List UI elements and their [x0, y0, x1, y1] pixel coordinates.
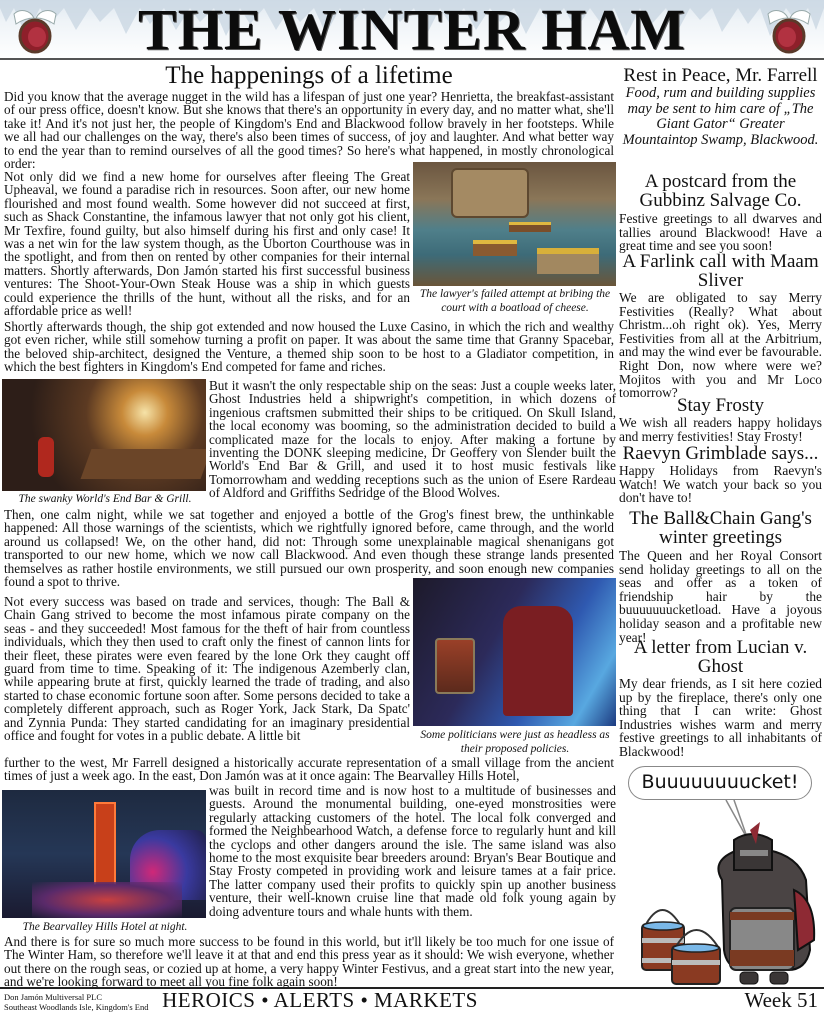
- article-paragraph-west: further to the west, Mr Farrell designed…: [4, 756, 614, 783]
- issue-number: Week 51: [744, 988, 818, 1012]
- masthead: THE WINTER HAM: [0, 0, 824, 60]
- masthead-title: THE WINTER HAM: [0, 2, 824, 58]
- politician-photo-caption: Some politicians were just as headless a…: [412, 728, 618, 756]
- sidebar-heading: Rest in Peace, Mr. Farrell: [619, 66, 822, 85]
- politician-photo: [413, 578, 616, 726]
- bar-photo-caption: The swanky World's End Bar & Grill.: [2, 492, 208, 506]
- article-paragraph-competitions: But it wasn't the only respectable ship …: [209, 379, 616, 500]
- sidebar-heading: Stay Frosty: [619, 396, 822, 415]
- sidebar-body: We are obligated to say Merry Festivitie…: [619, 291, 822, 400]
- sidebar-body: Food, rum and building supplies may be s…: [619, 86, 822, 148]
- hotel-photo: [2, 790, 206, 918]
- sidebar-section-stay-frosty: Stay Frosty We wish all readers happy ho…: [619, 396, 822, 443]
- speech-bubble: Buuuuuuuucket!: [628, 766, 812, 800]
- bar-patron: [38, 437, 54, 477]
- hotel-glow: [32, 882, 182, 918]
- sidebar-heading: A postcard from the Gubbinz Salvage Co.: [619, 172, 822, 210]
- sidebar-body: Happy Holidays from Raevyn's Watch! We w…: [619, 464, 822, 505]
- sidebar-heading: A Farlink call with Maam Sliver: [619, 252, 822, 290]
- cheese-table: [509, 222, 551, 232]
- article-paragraph-pirates: Not every success was based on trade and…: [4, 595, 410, 742]
- sidebar-section-raevyn: Raevyn Grimblade says... Happy Holidays …: [619, 444, 822, 505]
- courthouse-photo-caption: The lawyer's failed attempt at bribing t…: [412, 287, 618, 315]
- sidebar-heading: The Ball&Chain Gang's winter greetings: [619, 509, 822, 547]
- courthouse-photo: [413, 162, 616, 286]
- lawyer-sign: [451, 168, 529, 218]
- article-paragraph-closing: And there is for sure so much more succe…: [4, 935, 614, 989]
- sidebar-body: The Queen and her Royal Consort send hol…: [619, 549, 822, 644]
- headless-coat: [503, 606, 573, 716]
- bar-counter: [81, 449, 206, 479]
- footer-sections: HEROICS • ALERTS • MARKETS: [0, 988, 640, 1012]
- bar-photo: [2, 379, 206, 491]
- sidebar-body: My dear friends, as I sit here cozied up…: [619, 677, 822, 759]
- sidebar-section-gubbinz: A postcard from the Gubbinz Salvage Co. …: [619, 172, 822, 253]
- winged-ham-icon: [760, 6, 818, 54]
- knight-with-buckets-illustration: [630, 800, 820, 986]
- sidebar-section-farlink: A Farlink call with Maam Sliver We are o…: [619, 252, 822, 400]
- article-paragraph-casino: Shortly afterwards though, the ship got …: [4, 320, 614, 374]
- sidebar-body: Festive greetings to all dwarves and tal…: [619, 212, 822, 253]
- article-paragraph-intro: Did you know that the average nugget in …: [4, 90, 614, 170]
- bucket: [435, 638, 475, 694]
- sidebar-section-farrell: Rest in Peace, Mr. Farrell Food, rum and…: [619, 66, 822, 148]
- article-paragraph-hotel: was built in record time and is now host…: [209, 784, 616, 918]
- article-paragraph-upheaval: Not only did we find a new home for ours…: [4, 170, 410, 317]
- sidebar-heading: A letter from Lucian v. Ghost: [619, 638, 822, 676]
- sidebar-section-lucian: A letter from Lucian v. Ghost My dear fr…: [619, 638, 822, 759]
- article-paragraph-collapse: Then, one calm night, while we sat toget…: [4, 508, 614, 588]
- cheese-table: [537, 248, 599, 274]
- sidebar-section-ball-chain: The Ball&Chain Gang's winter greetings T…: [619, 509, 822, 644]
- article-headline: The happenings of a lifetime: [0, 62, 618, 90]
- sidebar-heading: Raevyn Grimblade says...: [619, 444, 822, 463]
- hotel-photo-caption: The Bearvalley Hills Hotel at night.: [2, 920, 208, 934]
- knight-icon: [718, 822, 814, 984]
- cheese-table: [473, 240, 517, 256]
- hotel-tower: [94, 802, 116, 888]
- sidebar-body: We wish all readers happy holidays and m…: [619, 416, 822, 443]
